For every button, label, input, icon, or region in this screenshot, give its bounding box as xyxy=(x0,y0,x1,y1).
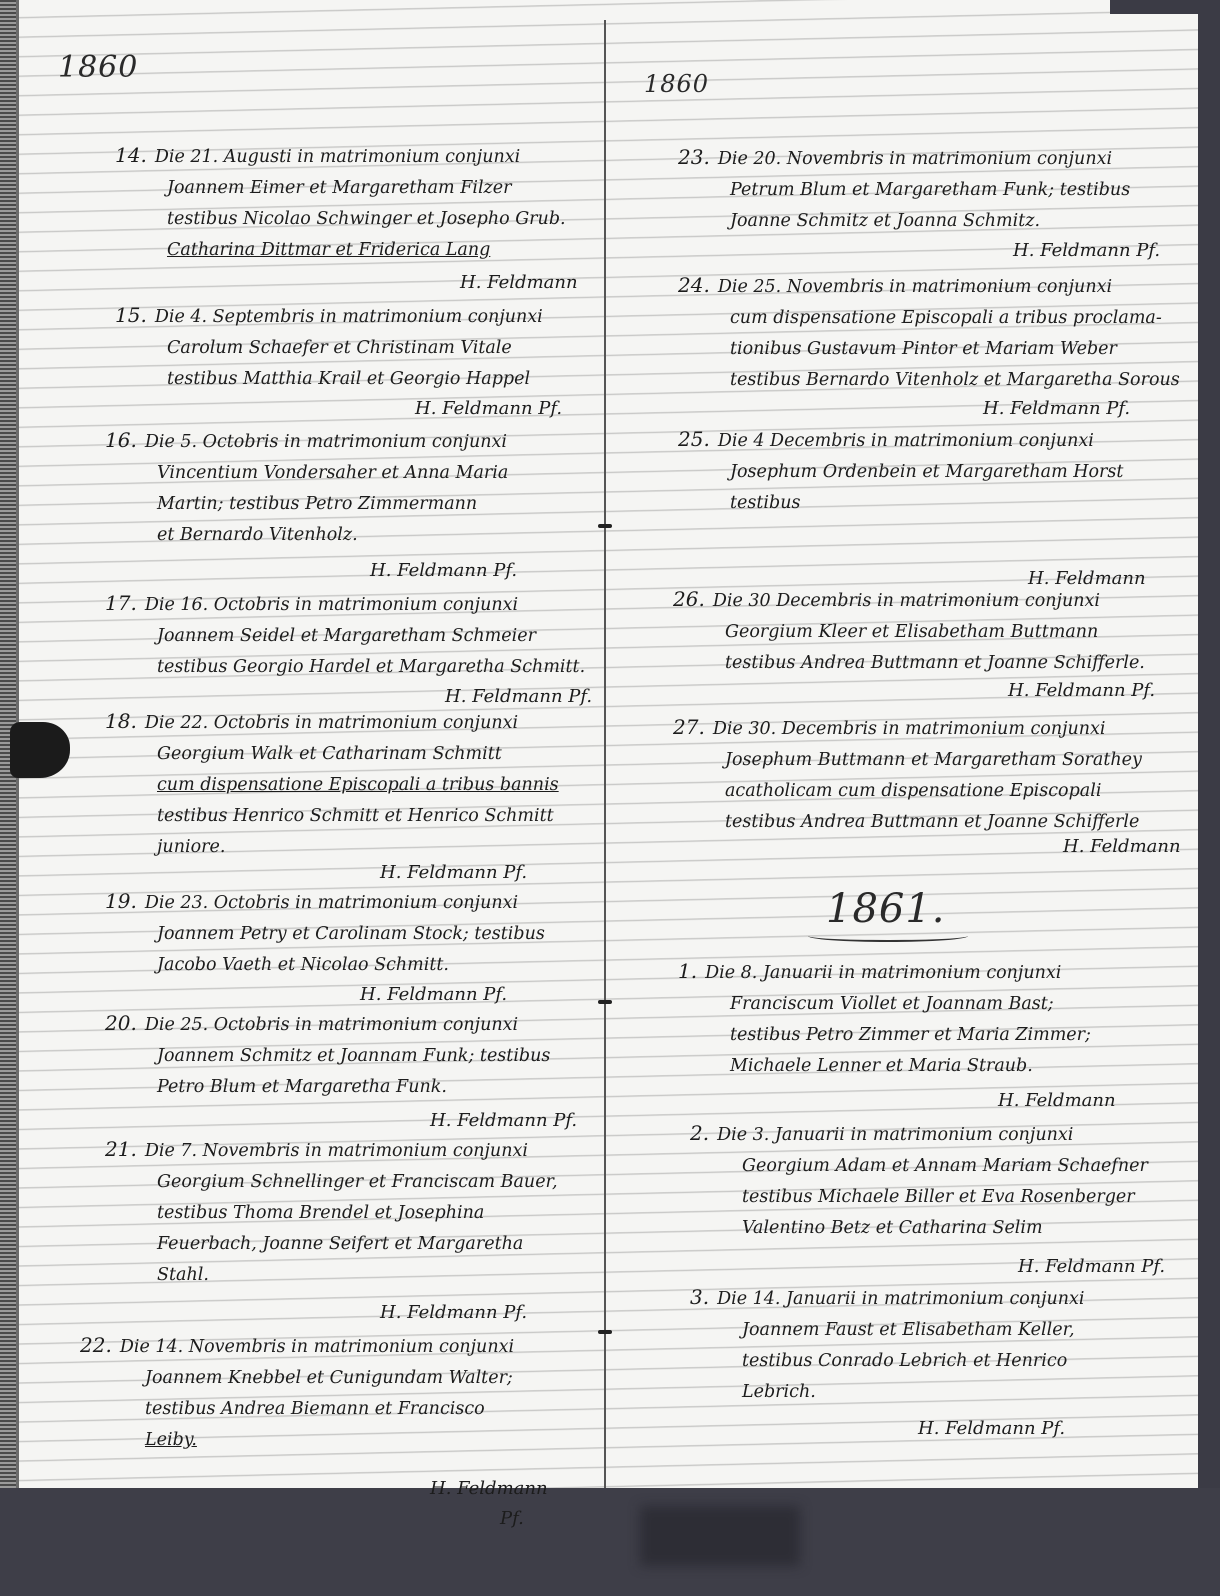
register-entry: 24.Die 25. Novembris in matrimonium conj… xyxy=(678,270,1180,396)
priest-signature: H. Feldmann Pf. xyxy=(1018,1256,1165,1277)
register-entry: 14.Die 21. Augusti in matrimonium conjun… xyxy=(115,140,566,266)
scan-border-top xyxy=(1110,0,1220,14)
register-entry: 3.Die 14. Januarii in matrimonium conjun… xyxy=(690,1282,1085,1408)
priest-signature: H. Feldmann Pf. xyxy=(430,1110,577,1131)
register-entry: 27.Die 30. Decembris in matrimonium conj… xyxy=(673,712,1142,838)
priest-signature: H. Feldmann Pf. xyxy=(415,398,562,419)
ink-blot xyxy=(10,722,70,778)
entry-number: 19. xyxy=(105,889,137,913)
priest-signature: H. Feldmann Pf. xyxy=(360,984,507,1005)
priest-signature: H. Feldmann xyxy=(998,1090,1116,1111)
register-entry: 26.Die 30 Decembris in matrimonium conju… xyxy=(673,584,1145,679)
register-entry: 2.Die 3. Januarii in matrimonium conjunx… xyxy=(690,1118,1148,1244)
scan-smudge xyxy=(640,1506,800,1566)
page-gutter xyxy=(604,20,606,1490)
register-entry: 20.Die 25. Octobris in matrimonium conju… xyxy=(105,1008,550,1103)
priest-signature: H. Feldmann xyxy=(430,1478,548,1499)
year-heading-1861: 1861. xyxy=(826,886,946,932)
entry-number: 3. xyxy=(690,1285,709,1309)
entry-number: 24. xyxy=(678,273,710,297)
priest-signature: H. Feldmann Pf. xyxy=(370,560,517,581)
entry-number: 22. xyxy=(80,1333,112,1357)
entry-number: 27. xyxy=(673,715,705,739)
entry-number: 21. xyxy=(105,1137,137,1161)
register-entry: 21.Die 7. Novembris in matrimonium conju… xyxy=(105,1134,558,1291)
entry-number: 15. xyxy=(115,303,147,327)
year-heading: 1860 xyxy=(644,70,709,98)
entry-number: 14. xyxy=(115,143,147,167)
entry-number: 17. xyxy=(105,591,137,615)
scan-border-right xyxy=(1198,0,1220,1596)
priest-signature: H. Feldmann Pf. xyxy=(1008,680,1155,701)
year-flourish xyxy=(808,930,968,942)
priest-signature: H. Feldmann Pf. xyxy=(445,686,592,707)
entry-number: 25. xyxy=(678,427,710,451)
register-entry: 17.Die 16. Octobris in matrimonium conju… xyxy=(105,588,585,683)
entry-number: 18. xyxy=(105,709,137,733)
gutter-mark xyxy=(598,1330,612,1334)
priest-signature: H. Feldmann xyxy=(1063,836,1181,857)
gutter-mark xyxy=(598,1000,612,1004)
register-entry: 15.Die 4. Septembris in matrimonium conj… xyxy=(115,300,543,395)
entry-number: 23. xyxy=(678,145,710,169)
priest-signature: H. Feldmann Pf. xyxy=(918,1418,1065,1439)
entry-number: 16. xyxy=(105,428,137,452)
entry-number: 26. xyxy=(673,587,705,611)
register-entry: 25.Die 4 Decembris in matrimonium conjun… xyxy=(678,424,1123,519)
gutter-mark xyxy=(598,524,612,528)
priest-signature: H. Feldmann Pf. xyxy=(983,398,1130,419)
register-entry: 16.Die 5. Octobris in matrimonium conjun… xyxy=(105,425,508,551)
entry-number: 1. xyxy=(678,959,697,983)
year-heading: 1860 xyxy=(58,50,138,85)
priest-signature: H. Feldmann xyxy=(460,272,578,293)
scan-border-bottom xyxy=(0,1488,1220,1596)
priest-signature-suffix: Pf. xyxy=(500,1508,524,1529)
priest-signature: H. Feldmann Pf. xyxy=(1013,240,1160,261)
priest-signature: H. Feldmann Pf. xyxy=(380,1302,527,1323)
entry-number: 20. xyxy=(105,1011,137,1035)
priest-signature: H. Feldmann Pf. xyxy=(380,862,527,883)
register-entry: 18.Die 22. Octobris in matrimonium conju… xyxy=(105,706,559,863)
register-entry: 19.Die 23. Octobris in matrimonium conju… xyxy=(105,886,545,981)
register-entry: 22.Die 14. Novembris in matrimonium conj… xyxy=(80,1330,514,1456)
entry-number: 2. xyxy=(690,1121,709,1145)
register-entry: 1.Die 8. Januarii in matrimonium conjunx… xyxy=(678,956,1091,1082)
register-entry: 23.Die 20. Novembris in matrimonium conj… xyxy=(678,142,1130,237)
